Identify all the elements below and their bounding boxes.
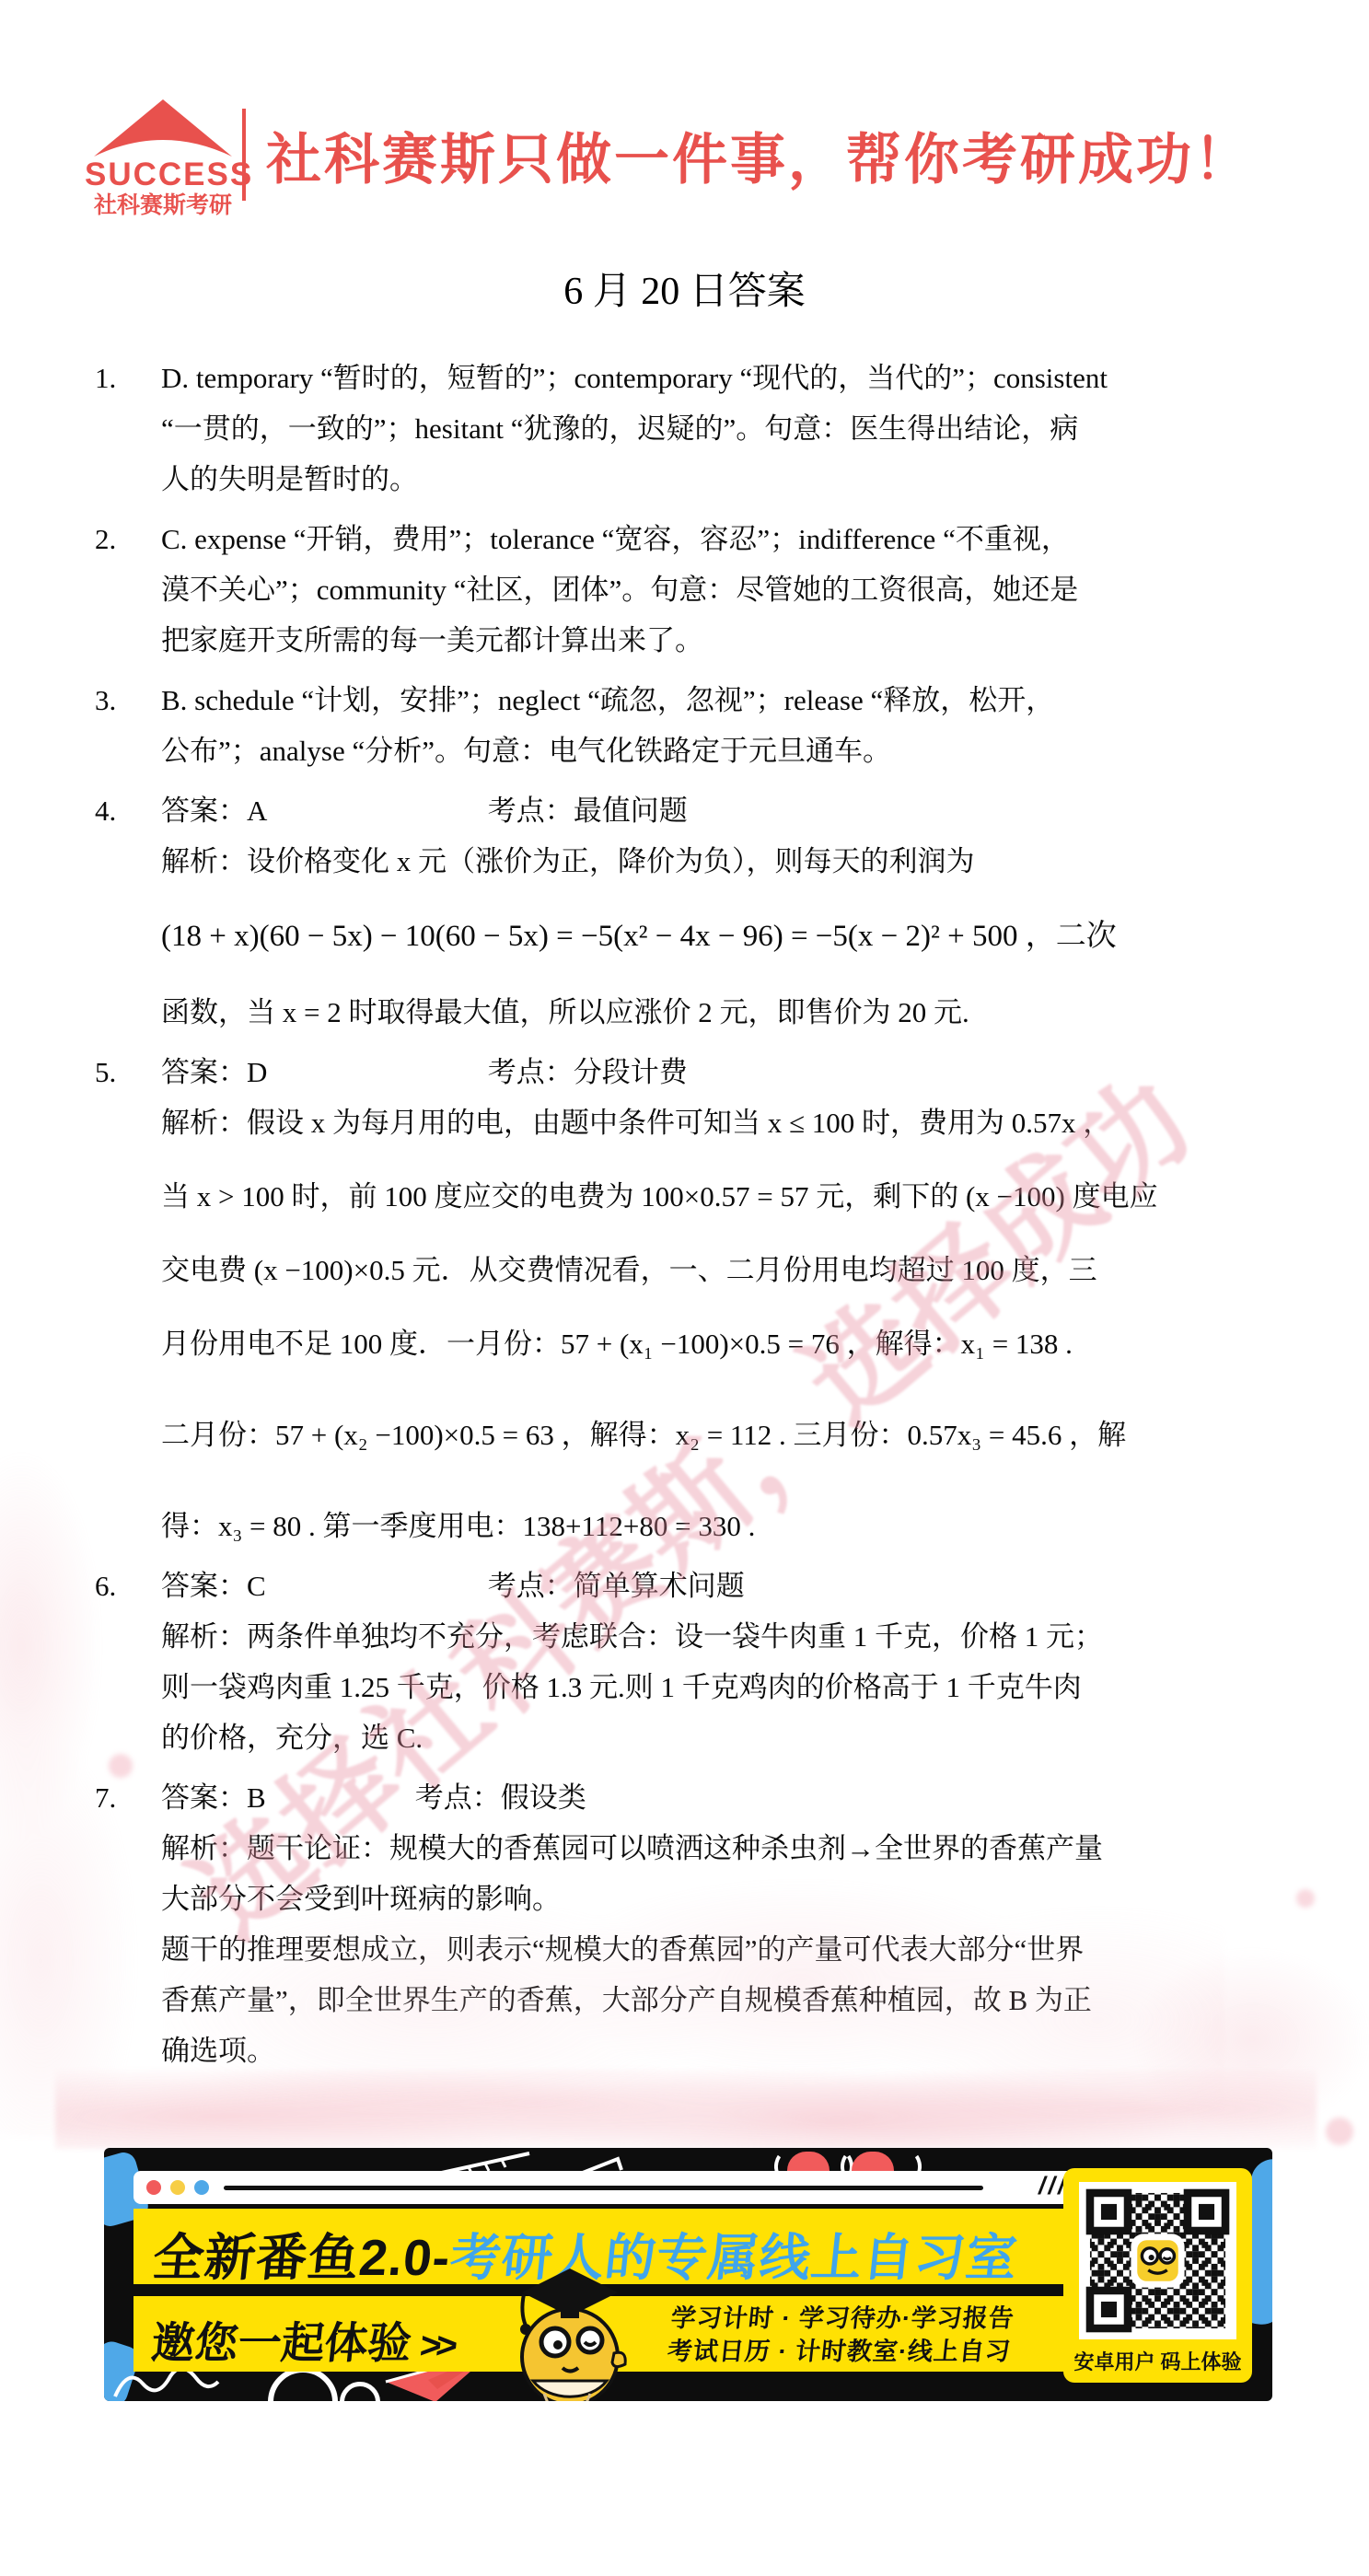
item-number: 2. [95,514,161,666]
item-number: 5. [95,1047,161,1551]
explanation-line: 人的失明是暂时的。 [161,454,1317,505]
page: SUCCESS 社科赛斯考研 社科赛斯只做一件事，帮你考研成功！ 6 月 20 … [0,0,1369,2576]
explanation-line: “一贯的，一致的”；hesitant “犹豫的，迟疑的”。句意：医生得出结论，病 [161,403,1317,454]
traffic-dot-blue [194,2180,209,2195]
explanation-line: 解析：假设 x 为每月用的电，由题中条件可知当 x ≤ 100 时，费用为 0.… [161,1097,1317,1148]
explanation-line: 大部分不会受到叶斑病的影响。 [161,1874,1317,1924]
browser-line [224,2186,983,2190]
formula-line: 交电费 (x −100)×0.5 元．从交费情况看，一、二月份用电均超过 100… [161,1245,1317,1295]
browser-bar: ////// [133,2171,1109,2204]
traffic-dot-yellow [170,2180,185,2195]
answer-item-2: 2. C. expense “开销，费用”；tolerance “宽容，容忍”；… [0,514,1369,666]
feature-list: 学习计时 · 学习待办·学习报告 考试日历 · 计时教室·线上自习 [666,2302,1016,2368]
topic-label: 考点：分段计费 [488,1056,688,1088]
mountain-icon [94,99,232,158]
topic-label: 考点：假设类 [415,1781,586,1814]
traffic-dot-red [146,2180,161,2195]
explanation-line: 漠不关心”；community “社区，团体”。句意：尽管她的工资很高，她还是 [161,564,1317,615]
item-number: 4. [95,785,161,1038]
qr-panel: 安卓用户 码上体验 [1063,2168,1252,2383]
answer-item-4: 4. 答案：A 考点：最值问题 解析：设价格变化 x 元（涨价为正，降价为负），… [0,785,1369,1038]
explanation-line: 则一袋鸡肉重 1.25 千克，价格 1.3 元.则 1 千克鸡肉的价格高于 1 … [161,1662,1317,1712]
answer-item-6: 6. 答案：C 考点：简单算术问题 解析：两条件单独均不充分，考虑联合：设一袋牛… [0,1561,1369,1763]
explanation-line: 解析：两条件单独均不充分，考虑联合：设一袋牛肉重 1 千克，价格 1 元； [161,1611,1317,1662]
brand-subtitle: 社科赛斯考研 [85,191,241,219]
feature-line: 学习计时 · 学习待办·学习报告 [669,2302,1016,2335]
watercolor-dot [1326,2118,1353,2145]
item-number: 1. [95,353,161,505]
explanation-line: 的价格，充分，选 C. [161,1712,1317,1763]
formula-line: 当 x > 100 时，前 100 度应交的电费为 100×0.57 = 57 … [161,1171,1317,1222]
explanation-line: 公布”；analyse “分析”。句意：电气化铁路定于元旦通车。 [161,725,1317,776]
answer-label: 答案：D [161,1047,481,1097]
answer-item-3: 3. B. schedule “计划，安排”；neglect “疏忽，忽视”；r… [0,675,1369,776]
item-number: 6. [95,1561,161,1763]
formula-line: 二月份：57 + (x₂ −100)×0.5 = 63 ，解得：x₂ = 112… [161,1410,1317,1460]
invite-text: 邀您一起体验 [149,2318,414,2367]
explanation-line: 解析：设价格变化 x 元（涨价为正，降价为负），则每天的利润为 [161,836,1317,887]
explanation-line: D. temporary “暂时的，短暂的”；contemporary “现代的… [161,353,1317,403]
explanation-line: 函数，当 x = 2 时取得最大值，所以应涨价 2 元，即售价为 20 元. [161,987,1317,1038]
answer-topic-line: 答案：A 考点：最值问题 [161,785,1317,836]
brand-name: SUCCESS [85,158,241,191]
answer-topic-line: 答案：C 考点：简单算术问题 [161,1561,1317,1611]
circle-decoration [268,2367,338,2401]
answer-label: 答案：C [161,1561,481,1611]
explanation-line: B. schedule “计划，安排”；neglect “疏忽，忽视”；rele… [161,675,1317,725]
answer-item-7: 7. 答案：B 考点：假设类 解析：题干论证：规模大的香蕉园可以喷洒这种杀虫剂→… [0,1772,1369,2076]
answer-label: 答案：B [161,1772,408,1823]
promo-banner: ////// 全新番鱼2.0-考研人的专属线上自习室 邀您一起体验>> 学习计时… [104,2148,1272,2401]
item-number: 7. [95,1772,161,2076]
chevron-arrows-icon: >> [409,2326,454,2366]
page-title: 6 月 20 日答案 [0,261,1369,316]
qr-code [1079,2182,1236,2339]
pufferfish-mascot-icon [509,2265,634,2401]
topic-label: 考点：最值问题 [488,795,688,827]
explanation-line: C. expense “开销，费用”；tolerance “宽容，容忍”；ind… [161,514,1317,564]
answer-item-1: 1. D. temporary “暂时的，短暂的”；contemporary “… [0,353,1369,505]
feature-line: 考试日历 · 计时教室·线上自习 [666,2335,1013,2368]
brand-logo: SUCCESS 社科赛斯考研 [85,99,241,219]
topic-label: 考点：简单算术问题 [488,1570,745,1602]
item-number: 3. [95,675,161,776]
banner-invite-panel: 邀您一起体验>> 学习计时 · 学习待办·学习报告 考试日历 · 计时教室·线上… [133,2296,1109,2372]
brand-divider [242,109,246,201]
explanation-line: 把家庭开支所需的每一美元都计算出来了。 [161,615,1317,666]
banner-invite: 邀您一起体验>> [148,2309,456,2371]
explanation-line: 香蕉产量”，即全世界生产的香蕉，大部分产自规模香蕉种植园，故 B 为正 [161,1975,1317,2025]
explanation-line: 解析：题干论证：规模大的香蕉园可以喷洒这种杀虫剂→全世界的香蕉产量 [161,1823,1317,1874]
explanation-line: 确选项。 [161,2025,1317,2076]
formula-line: 月份用电不足 100 度．一月份：57 + (x₁ −100)×0.5 = 76… [161,1318,1317,1369]
formula-line: 得：x₃ = 80 . 第一季度用电：138+112+80 = 330 . [161,1501,1317,1551]
formula-line: (18 + x)(60 − 5x) − 10(60 − 5x) = −5(x² … [161,911,1317,962]
explanation-line: 题干的推理要想成立，则表示“规模大的香蕉园”的产量可代表大部分“世界 [161,1924,1317,1975]
answer-topic-line: 答案：D 考点：分段计费 [161,1047,1317,1097]
headline-black: 全新番鱼2.0- [150,2229,453,2286]
answer-item-5: 5. 答案：D 考点：分段计费 解析：假设 x 为每月用的电，由题中条件可知当 … [0,1047,1369,1551]
answer-label: 答案：A [161,785,481,836]
answer-topic-line: 答案：B 考点：假设类 [161,1772,1317,1823]
answers-list: 1. D. temporary “暂时的，短暂的”；contemporary “… [0,353,1369,2085]
brand-slogan: 社科赛斯只做一件事，帮你考研成功！ [266,116,1252,195]
circle-decoration [340,2382,380,2401]
qr-caption: 安卓用户 码上体验 [1063,2347,1252,2375]
